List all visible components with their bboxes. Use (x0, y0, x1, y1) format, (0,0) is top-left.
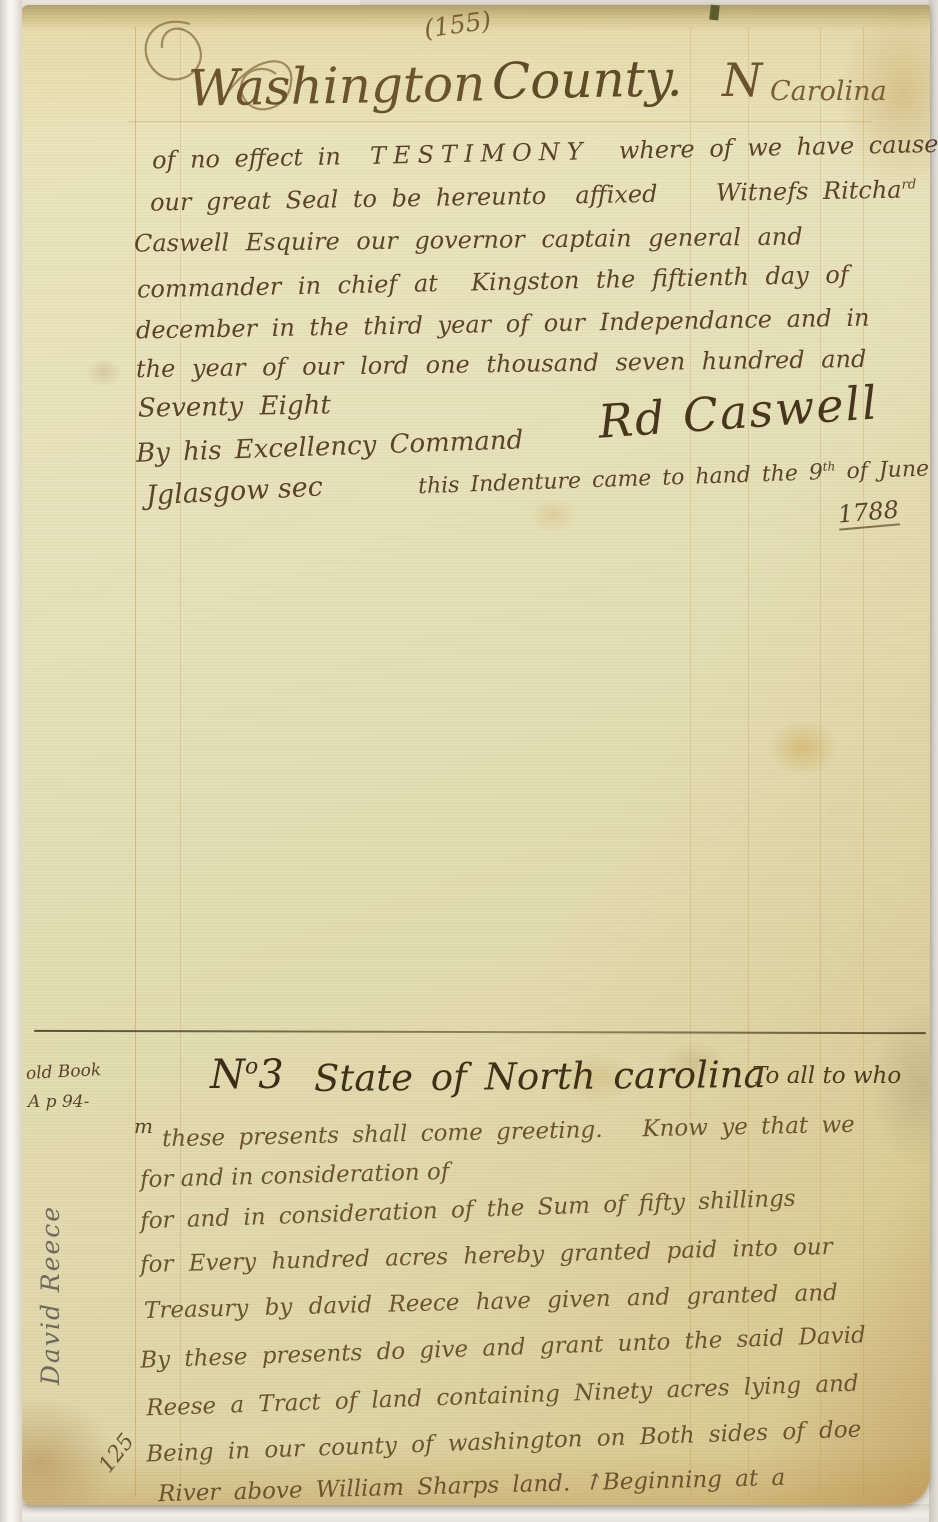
column-rule-4 (863, 27, 864, 1497)
header-county-name: Washington (188, 57, 486, 115)
grant-number-n: N (210, 1052, 245, 1098)
header-county-word: County. (492, 52, 683, 108)
receipt-year: 1788 (837, 497, 900, 530)
body-line: Seventy Eight (138, 392, 331, 423)
grant-heading: State of North carolina (314, 1056, 766, 1099)
superscript: th (822, 459, 835, 473)
margin-note-old-book: old Book (26, 1062, 102, 1084)
grant-number-digit: 3 (258, 1052, 283, 1098)
caret-arrow-icon: ↑ (581, 1469, 606, 1498)
grant-number: No3 (210, 1054, 284, 1096)
margin-carryover-letter: m (134, 1116, 153, 1137)
section-divider-ink-line (34, 1030, 926, 1034)
scanner-edge-right (929, 0, 938, 1522)
testimony-caps: TESTIMONY (370, 137, 590, 170)
grant-number-sup: o (245, 1055, 258, 1080)
superscript: rd (901, 177, 916, 192)
margin-vertical-name: David Reece (38, 1145, 76, 1445)
top-edge-ink-mark (709, 5, 720, 21)
header-state-initial: N (722, 56, 762, 104)
scanner-edge-bottom (0, 1504, 938, 1522)
margin-note-page-ref: A p 94- (28, 1094, 89, 1112)
header-state-name: Carolina (770, 78, 887, 106)
body-text: Beginning at a (603, 1465, 786, 1496)
scanner-edge-left (0, 0, 22, 1522)
deed-book-page-scan: (155) Washington County. N Carolina of n… (0, 0, 938, 1522)
receipt-text: of June (835, 456, 929, 484)
body-text: of no effect in (152, 142, 371, 175)
column-rule-3 (820, 27, 821, 1497)
grant-heading-right: To all to who (752, 1064, 901, 1088)
